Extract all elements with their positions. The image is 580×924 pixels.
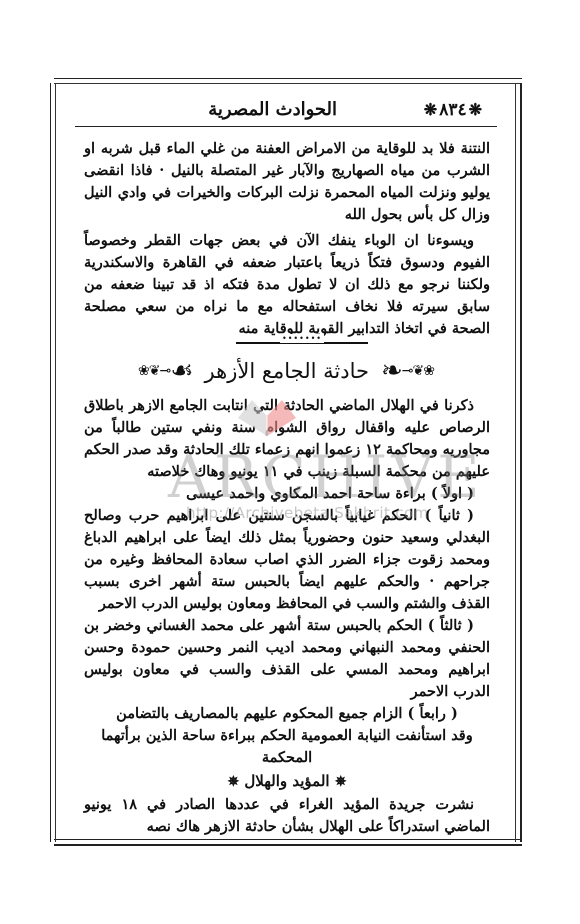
running-header: ❋ ٨٣٤ ❋ الحوادث المصرية — [76, 96, 482, 126]
ornament-glyphs: ❀❦⟜ — [402, 364, 434, 378]
page-frame: ❋ ٨٣٤ ❋ الحوادث المصرية النتنة فلا بد لل… — [50, 78, 522, 846]
paragraph: ويسوءنا ان الوباء ينفك الآن في بعض جهات … — [84, 230, 490, 340]
frame-border-top — [54, 78, 522, 84]
section-title: المؤيد والهلال — [244, 772, 329, 790]
paragraph-closing: وقد استأنفت النيابة العمومية الحكم ببراء… — [84, 725, 490, 769]
verdict-label: ( اولاً ) — [431, 485, 474, 502]
arabesque-ornament-icon: ❀❦⟜❧ — [381, 358, 434, 384]
running-title: الحوادث المصرية — [208, 99, 337, 120]
arabesque-ornament-icon: ☙⊸❦❀ — [138, 358, 193, 384]
verdict-item-1: ( اولاً ) براءة ساحة احمد المكاوي واحمد … — [84, 483, 490, 505]
section-heading-muayyad: ✵ المؤيد والهلال ✵ — [84, 770, 490, 793]
star-ornament-icon: ✵ — [227, 774, 239, 790]
frame-border-bottom — [54, 839, 522, 846]
verdict-text: الزام جميع المحكوم عليهم بالمصاريف بالتض… — [116, 705, 402, 722]
divider-dots: ••••••• — [280, 334, 324, 343]
header-rule — [75, 126, 497, 127]
paragraph: نشرت جريدة المؤيد الغراء في عددها الصادر… — [84, 794, 490, 838]
verdict-text: براءة ساحة احمد المكاوي واحمد عيسى — [186, 485, 426, 502]
section-title: حادثة الجامع الأزهر — [201, 359, 373, 383]
verdict-label: ( رابعاً ) — [408, 705, 458, 722]
section-heading-azhar: ❀❦⟜❧ حادثة الجامع الأزهر ☙⊸❦❀ — [50, 353, 522, 389]
ornament-glyph: ☙ — [170, 358, 192, 384]
flower-ornament-icon: ❋ — [424, 102, 437, 118]
ornament-glyph: ❧ — [381, 358, 402, 384]
section-continued-text: النتنة فلا بد للوقاية من الامراض العفنة … — [84, 138, 490, 340]
verdict-label: ( ثالثاً ) — [428, 617, 474, 634]
page-number: ❋ ٨٣٤ ❋ — [424, 100, 482, 120]
paragraph: النتنة فلا بد للوقاية من الامراض العفنة … — [84, 138, 490, 226]
verdict-label: ( ثانياً ) — [425, 507, 474, 524]
section-divider: ••••••• — [236, 340, 368, 346]
star-ornament-icon: ✵ — [335, 774, 347, 790]
flower-ornament-icon: ❋ — [469, 102, 482, 118]
verdict-item-4: ( رابعاً ) الزام جميع المحكوم عليهم بالم… — [84, 703, 490, 725]
frame-border-left — [50, 83, 56, 842]
verdict-item-2: ( ثانياً ) الحكم غيابياً بالسجن سنتين عل… — [84, 505, 490, 615]
section-azhar-body: ذكرنا في الهلال الماضي الحادثة التي انتا… — [84, 395, 490, 838]
verdict-item-3: ( ثالثاً ) الحكم بالحبس ستة أشهر على محم… — [84, 615, 490, 703]
page-number-value: ٨٣٤ — [439, 100, 466, 120]
paragraph-intro: ذكرنا في الهلال الماضي الحادثة التي انتا… — [84, 395, 490, 483]
frame-border-right — [515, 83, 522, 842]
ornament-glyphs: ⊸❦❀ — [138, 364, 170, 378]
